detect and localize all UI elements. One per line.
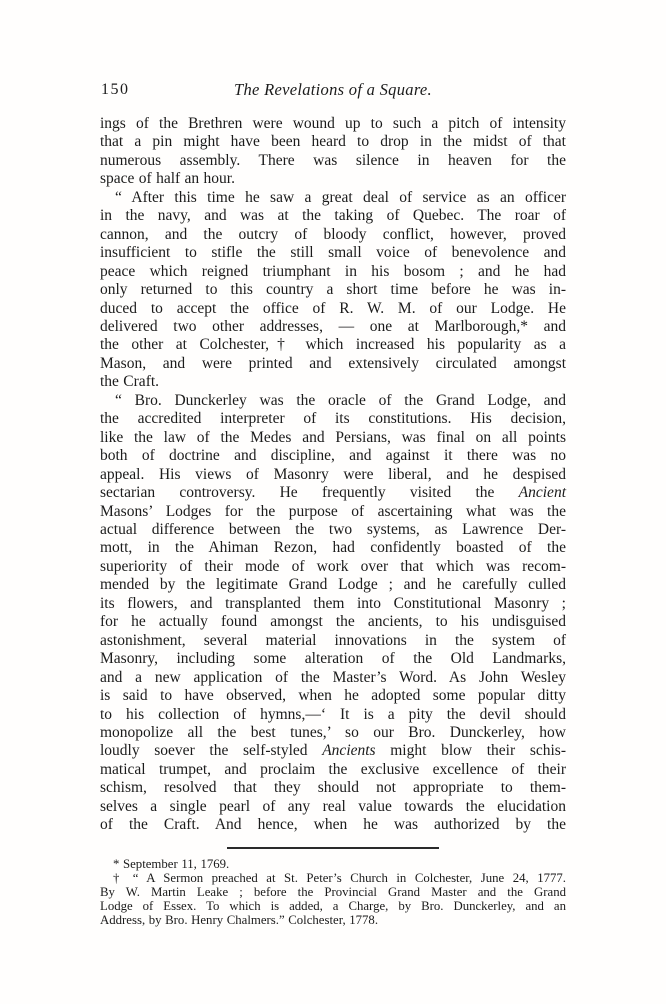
text-line: monopolize all the best tunes,’ so our B…	[100, 724, 566, 742]
text-line: is said to have observed, when he adopte…	[100, 687, 566, 705]
text-line: ings of the Brethren were wound up to su…	[100, 115, 566, 133]
text-line: its flowers, and transplanted them into …	[100, 595, 566, 613]
text-segment: in the navy, and was at the taking of Qu…	[100, 207, 566, 224]
text-segment: “ After this time he saw a great deal of…	[115, 189, 566, 206]
text-segment: the other at Colchester,† which increase…	[100, 336, 566, 353]
text-line: space of half an hour.	[100, 170, 566, 188]
text-line: insufficient to stifle the still small v…	[100, 244, 566, 262]
text-segment: both of doctrine and discipline, and aga…	[100, 447, 566, 464]
text-line: appeal. His views of Masonry were libera…	[100, 466, 566, 484]
text-line: the accredited interpreter of its consti…	[100, 410, 566, 428]
text-line: sectarian controversy. He frequently vis…	[100, 484, 566, 502]
text-segment: insufficient to stifle the still small v…	[100, 244, 566, 261]
text-line: duced to accept the office of R. W. M. o…	[100, 300, 566, 318]
text-line: only returned to this country a short ti…	[100, 281, 566, 299]
text-segment: and a new application of the Master’s Wo…	[100, 669, 566, 686]
text-segment: is said to have observed, when he adopte…	[100, 687, 566, 704]
text-segment: cannon, and the outcry of bloody conflic…	[100, 226, 566, 243]
text-segment: appeal. His views of Masonry were libera…	[100, 466, 566, 483]
text-segment: delivered two other addresses, — one at …	[100, 318, 566, 335]
text-line: Mason, and were printed and extensively …	[100, 355, 566, 373]
text-line: cannon, and the outcry of bloody conflic…	[100, 226, 566, 244]
text-segment: duced to accept the office of R. W. M. o…	[100, 300, 566, 317]
text-segment: like the law of the Medes and Persians, …	[100, 429, 566, 446]
text-line: “ After this time he saw a great deal of…	[100, 189, 566, 207]
text-line: loudly soever the self-styled Ancients m…	[100, 742, 566, 760]
text-segment: Lodge of Essex. To which is added, a Cha…	[100, 899, 566, 913]
text-segment: for he actually found amongst the ancien…	[100, 613, 566, 630]
text-line: schism, resolved that they should not ap…	[100, 779, 566, 797]
text-line: both of doctrine and discipline, and aga…	[100, 447, 566, 465]
text-segment: “ Bro. Dunckerley was the oracle of the …	[115, 392, 566, 409]
text-segment: Mason, and were printed and extensively …	[100, 355, 566, 372]
text-line: like the law of the Medes and Persians, …	[100, 429, 566, 447]
text-line: Masons’ Lodges for the purpose of ascert…	[100, 503, 566, 521]
text-segment: might blow their schis-	[376, 742, 566, 759]
text-segment: astonishment, several material innovatio…	[100, 632, 566, 649]
text-line: matical trumpet, and proclaim the exclus…	[100, 761, 566, 779]
text-line: for he actually found amongst the ancien…	[100, 613, 566, 631]
text-segment: the Craft.	[100, 373, 159, 390]
text-segment: monopolize all the best tunes,’ so our B…	[100, 724, 566, 741]
footnote-rule	[227, 847, 439, 849]
text-line: “ Bro. Dunckerley was the oracle of the …	[100, 392, 566, 410]
text-segment: only returned to this country a short ti…	[100, 281, 566, 298]
text-line: numerous assembly. There was silence in …	[100, 152, 566, 170]
text-segment: selves a single pearl of any real value …	[100, 798, 566, 815]
text-line: mended by the legitimate Grand Lodge ; a…	[100, 576, 566, 594]
text-line: the Craft.	[100, 373, 566, 391]
text-line: Lodge of Essex. To which is added, a Cha…	[100, 899, 566, 913]
text-line: † “ A Sermon preached at St. Peter’s Chu…	[100, 871, 566, 885]
text-segment: peace which reigned triumphant in his bo…	[100, 263, 566, 280]
text-segment: * September 11, 1769.	[113, 857, 229, 871]
text-segment: † “ A Sermon preached at St. Peter’s Chu…	[113, 871, 566, 885]
text-line: astonishment, several material innovatio…	[100, 632, 566, 650]
page-number: 150	[101, 81, 130, 99]
text-segment: mended by the legitimate Grand Lodge ; a…	[100, 576, 566, 593]
text-segment: space of half an hour.	[100, 170, 235, 187]
book-page: 150 The Revelations of a Square. ings of…	[0, 0, 666, 1004]
italic-text: Ancients	[322, 742, 375, 759]
text-line: Masonry, including some alteration of th…	[100, 650, 566, 668]
page-content: 150 The Revelations of a Square. ings of…	[100, 80, 566, 928]
text-segment: matical trumpet, and proclaim the exclus…	[100, 761, 566, 778]
page-header: 150 The Revelations of a Square.	[100, 80, 566, 101]
text-line: of the Craft. And hence, when he was aut…	[100, 816, 566, 834]
text-line: By W. Martin Leake ; before the Provinci…	[100, 885, 566, 899]
text-line: actual difference between the two system…	[100, 521, 566, 539]
text-line: in the navy, and was at the taking of Qu…	[100, 207, 566, 225]
text-segment: that a pin might have been heard to drop…	[100, 133, 566, 150]
text-segment: of the Craft. And hence, when he was aut…	[100, 816, 566, 833]
text-line: that a pin might have been heard to drop…	[100, 133, 566, 151]
text-segment: to his collection of hymns,—‘ It is a pi…	[100, 706, 566, 723]
text-line: the other at Colchester,† which increase…	[100, 336, 566, 354]
body-text: ings of the Brethren were wound up to su…	[100, 115, 566, 835]
text-segment: Masonry, including some alteration of th…	[100, 650, 566, 667]
italic-text: Ancient	[519, 484, 566, 501]
text-segment: Masons’ Lodges for the purpose of ascert…	[100, 503, 566, 520]
text-line: selves a single pearl of any real value …	[100, 798, 566, 816]
text-line: delivered two other addresses, — one at …	[100, 318, 566, 336]
text-line: superiority of their mode of work over t…	[100, 558, 566, 576]
text-line: and a new application of the Master’s Wo…	[100, 669, 566, 687]
text-line: peace which reigned triumphant in his bo…	[100, 263, 566, 281]
text-segment: numerous assembly. There was silence in …	[100, 152, 566, 169]
text-segment: superiority of their mode of work over t…	[100, 558, 566, 575]
text-line: Address, by Bro. Henry Chalmers.” Colche…	[100, 913, 566, 927]
footnotes: * September 11, 1769.† “ A Sermon preach…	[100, 857, 566, 928]
text-line: mott, in the Ahiman Rezon, had confident…	[100, 539, 566, 557]
text-segment: sectarian controversy. He frequently vis…	[100, 484, 519, 501]
running-title: The Revelations of a Square.	[100, 80, 566, 100]
text-segment: ings of the Brethren were wound up to su…	[100, 115, 566, 132]
text-segment: schism, resolved that they should not ap…	[100, 779, 566, 796]
text-segment: its flowers, and transplanted them into …	[100, 595, 566, 612]
text-segment: actual difference between the two system…	[100, 521, 566, 538]
text-segment: Address, by Bro. Henry Chalmers.” Colche…	[100, 913, 378, 927]
text-segment: By W. Martin Leake ; before the Provinci…	[100, 885, 566, 899]
text-line: to his collection of hymns,—‘ It is a pi…	[100, 706, 566, 724]
text-line: * September 11, 1769.	[100, 857, 566, 871]
text-segment: loudly soever the self-styled	[100, 742, 322, 759]
text-segment: the accredited interpreter of its consti…	[100, 410, 566, 427]
text-segment: mott, in the Ahiman Rezon, had confident…	[100, 539, 566, 556]
